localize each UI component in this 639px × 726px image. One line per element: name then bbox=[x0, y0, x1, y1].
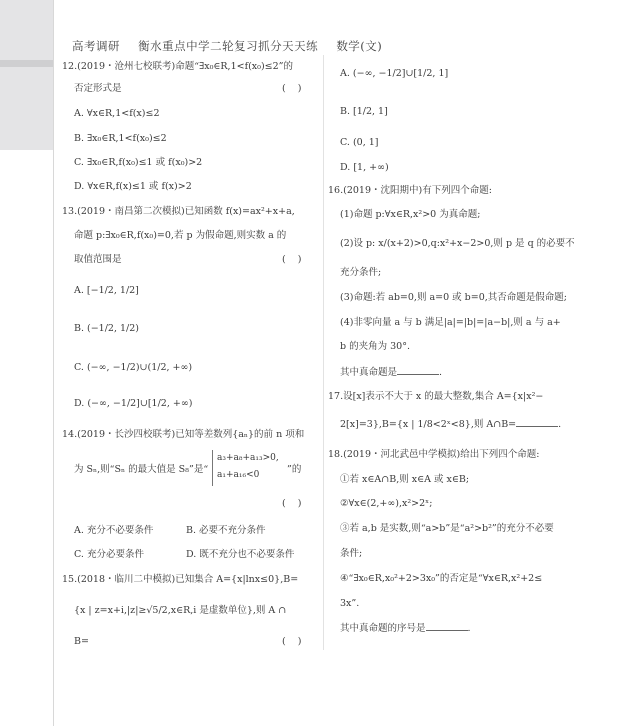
q13-option-c: C. (−∞, −1/2)∪(1/2, +∞) bbox=[74, 361, 192, 374]
q16-item-4: (4)非零向量 a 与 b 满足|a|=|b|=|a−b|,则 a 与 a+ bbox=[340, 316, 561, 329]
q14-system-line-1: a₃+a₈+a₁₃>0, bbox=[217, 450, 279, 467]
header-book-title: 衡水重点中学二轮复习抓分天天练 bbox=[138, 39, 318, 53]
q15-option-a: A. (−∞, −1/2]∪[1/2, 1] bbox=[340, 67, 448, 80]
perforated-edge bbox=[0, 148, 53, 153]
q16-item-3: (3)命题:若 ab=0,则 a=0 或 b=0,其否命题是假命题; bbox=[340, 291, 567, 304]
q16-item-4-cont: b 的夹角为 30°. bbox=[340, 340, 410, 353]
q14-option-b: B. 必要不充分条件 bbox=[186, 524, 266, 537]
q14-stem: 14.(2019・长沙四校联考)已知等差数列{aₙ}的前 n 项和 bbox=[62, 428, 304, 441]
q13-option-b: B. (−1/2, 1/2) bbox=[74, 322, 139, 335]
q15-stem-cont: {x | z=x+i,|z|≥√5/2,x∈R,i 是虚数单位},则 A ∩ bbox=[74, 604, 286, 617]
q18-item-4-cont: 3x”. bbox=[340, 597, 359, 610]
page-header: 高考调研 衡水重点中学二轮复习抓分天天练 数学(文) bbox=[72, 38, 396, 54]
header-subject: 数学(文) bbox=[336, 39, 382, 53]
q12-stem-cont: 否定形式是 bbox=[74, 82, 122, 95]
q14-system-line-2: a₁+a₁₆<0 bbox=[217, 467, 279, 484]
q17-answer-end: . bbox=[558, 419, 561, 430]
q15-option-c: C. (0, 1] bbox=[340, 136, 379, 149]
q13-answer-paren: ( ) bbox=[282, 253, 302, 266]
q14-stem-suffix: ”的 bbox=[287, 463, 301, 476]
binding-margin-band bbox=[0, 60, 53, 67]
q17-stem-text: 2[x]=3},B={x | 1/8<2ˣ<8},则 A∩B= bbox=[340, 419, 516, 430]
q14-answer-paren: ( ) bbox=[282, 497, 302, 510]
q15-answer-paren: ( ) bbox=[282, 635, 302, 648]
q17-answer-blank[interactable] bbox=[516, 417, 558, 427]
q12-answer-paren: ( ) bbox=[282, 82, 302, 95]
q13-option-a: A. [−1/2, 1/2] bbox=[74, 284, 139, 297]
column-divider bbox=[323, 55, 324, 650]
q13-stem: 13.(2019・南昌第二次模拟)已知函数 f(x)=ax²+x+a, bbox=[62, 205, 295, 218]
q18-answer-end: . bbox=[468, 623, 471, 634]
q18-answer-line: 其中真命题的序号是. bbox=[340, 621, 471, 635]
q18-item-3-cont: 条件; bbox=[340, 547, 362, 560]
header-series: 高考调研 bbox=[72, 39, 120, 53]
q17-stem: 17.设[x]表示不大于 x 的最大整数,集合 A={x|x²− bbox=[328, 390, 543, 403]
q12-stem: 12.(2019・沧州七校联考)命题“∃x₀∈R,1<f(x₀)≤2”的 bbox=[62, 60, 293, 73]
q14-option-a: A. 充分不必要条件 bbox=[74, 524, 153, 537]
q18-answer-blank[interactable] bbox=[426, 621, 468, 631]
q13-stem-cont2: 取值范围是 bbox=[74, 253, 122, 266]
q12-option-d: D. ∀x∈R,f(x)≤1 或 f(x)>2 bbox=[74, 180, 192, 193]
q16-item-1: (1)命题 p:∀x∈R,x²>0 为真命题; bbox=[340, 208, 480, 221]
q16-answer-line: 其中真命题是. bbox=[340, 365, 442, 379]
q18-item-1: ①若 x∈A∩B,则 x∈A 或 x∈B; bbox=[340, 473, 469, 486]
q12-option-b: B. ∃x₀∈R,1<f(x₀)≤2 bbox=[74, 132, 167, 145]
q16-answer-end: . bbox=[439, 367, 442, 378]
q18-item-2: ②∀x∈(2,+∞),x²>2ˣ; bbox=[340, 497, 432, 510]
q15-option-b: B. [1/2, 1] bbox=[340, 105, 388, 118]
q18-stem: 18.(2019・河北武邑中学模拟)给出下列四个命题: bbox=[328, 448, 539, 461]
q14-inequality-system: a₃+a₈+a₁₃>0, a₁+a₁₆<0 bbox=[212, 450, 279, 486]
page-left-edge bbox=[53, 0, 54, 726]
q16-item-2: (2)设 p: x/(x+2)>0,q:x²+x−2>0,则 p 是 q 的必要… bbox=[340, 237, 575, 250]
q14-stem-cont: 为 Sₙ,则“Sₙ 的最大值是 S₈”是“ bbox=[74, 463, 208, 476]
q18-item-4: ④“∃x₀∈R,x₀²+2>3x₀”的否定是“∀x∈R,x²+2≤ bbox=[340, 572, 542, 585]
q12-option-c: C. ∃x₀∈R,f(x₀)≤1 或 f(x₀)>2 bbox=[74, 156, 202, 169]
q15-stem: 15.(2018・临川二中模拟)已知集合 A={x|lnx≤0},B= bbox=[62, 573, 298, 586]
q17-stem-cont: 2[x]=3},B={x | 1/8<2ˣ<8},则 A∩B=. bbox=[340, 417, 561, 431]
q13-stem-cont: 命题 p:∃x₀∈R,f(x₀)=0,若 p 为假命题,则实数 a 的 bbox=[74, 229, 286, 242]
q14-option-d: D. 既不充分也不必要条件 bbox=[186, 548, 294, 561]
q18-item-3: ③若 a,b 是实数,则“a>b”是“a²>b²”的充分不必要 bbox=[340, 522, 554, 535]
q16-stem: 16.(2019・沈阳期中)有下列四个命题: bbox=[328, 184, 492, 197]
q15-option-d: D. [1, +∞) bbox=[340, 161, 389, 174]
q14-option-c: C. 充分必要条件 bbox=[74, 548, 144, 561]
q16-item-2-cont: 充分条件; bbox=[340, 266, 381, 279]
q13-option-d: D. (−∞, −1/2]∪[1/2, +∞) bbox=[74, 397, 192, 410]
q16-answer-prompt: 其中真命题是 bbox=[340, 367, 397, 378]
q16-answer-blank[interactable] bbox=[397, 365, 439, 375]
q18-answer-prompt: 其中真命题的序号是 bbox=[340, 623, 426, 634]
q12-option-a: A. ∀x∈R,1<f(x)≤2 bbox=[74, 107, 160, 120]
binding-margin-strip bbox=[0, 0, 53, 150]
q15-stem-cont2: B= bbox=[74, 635, 89, 648]
